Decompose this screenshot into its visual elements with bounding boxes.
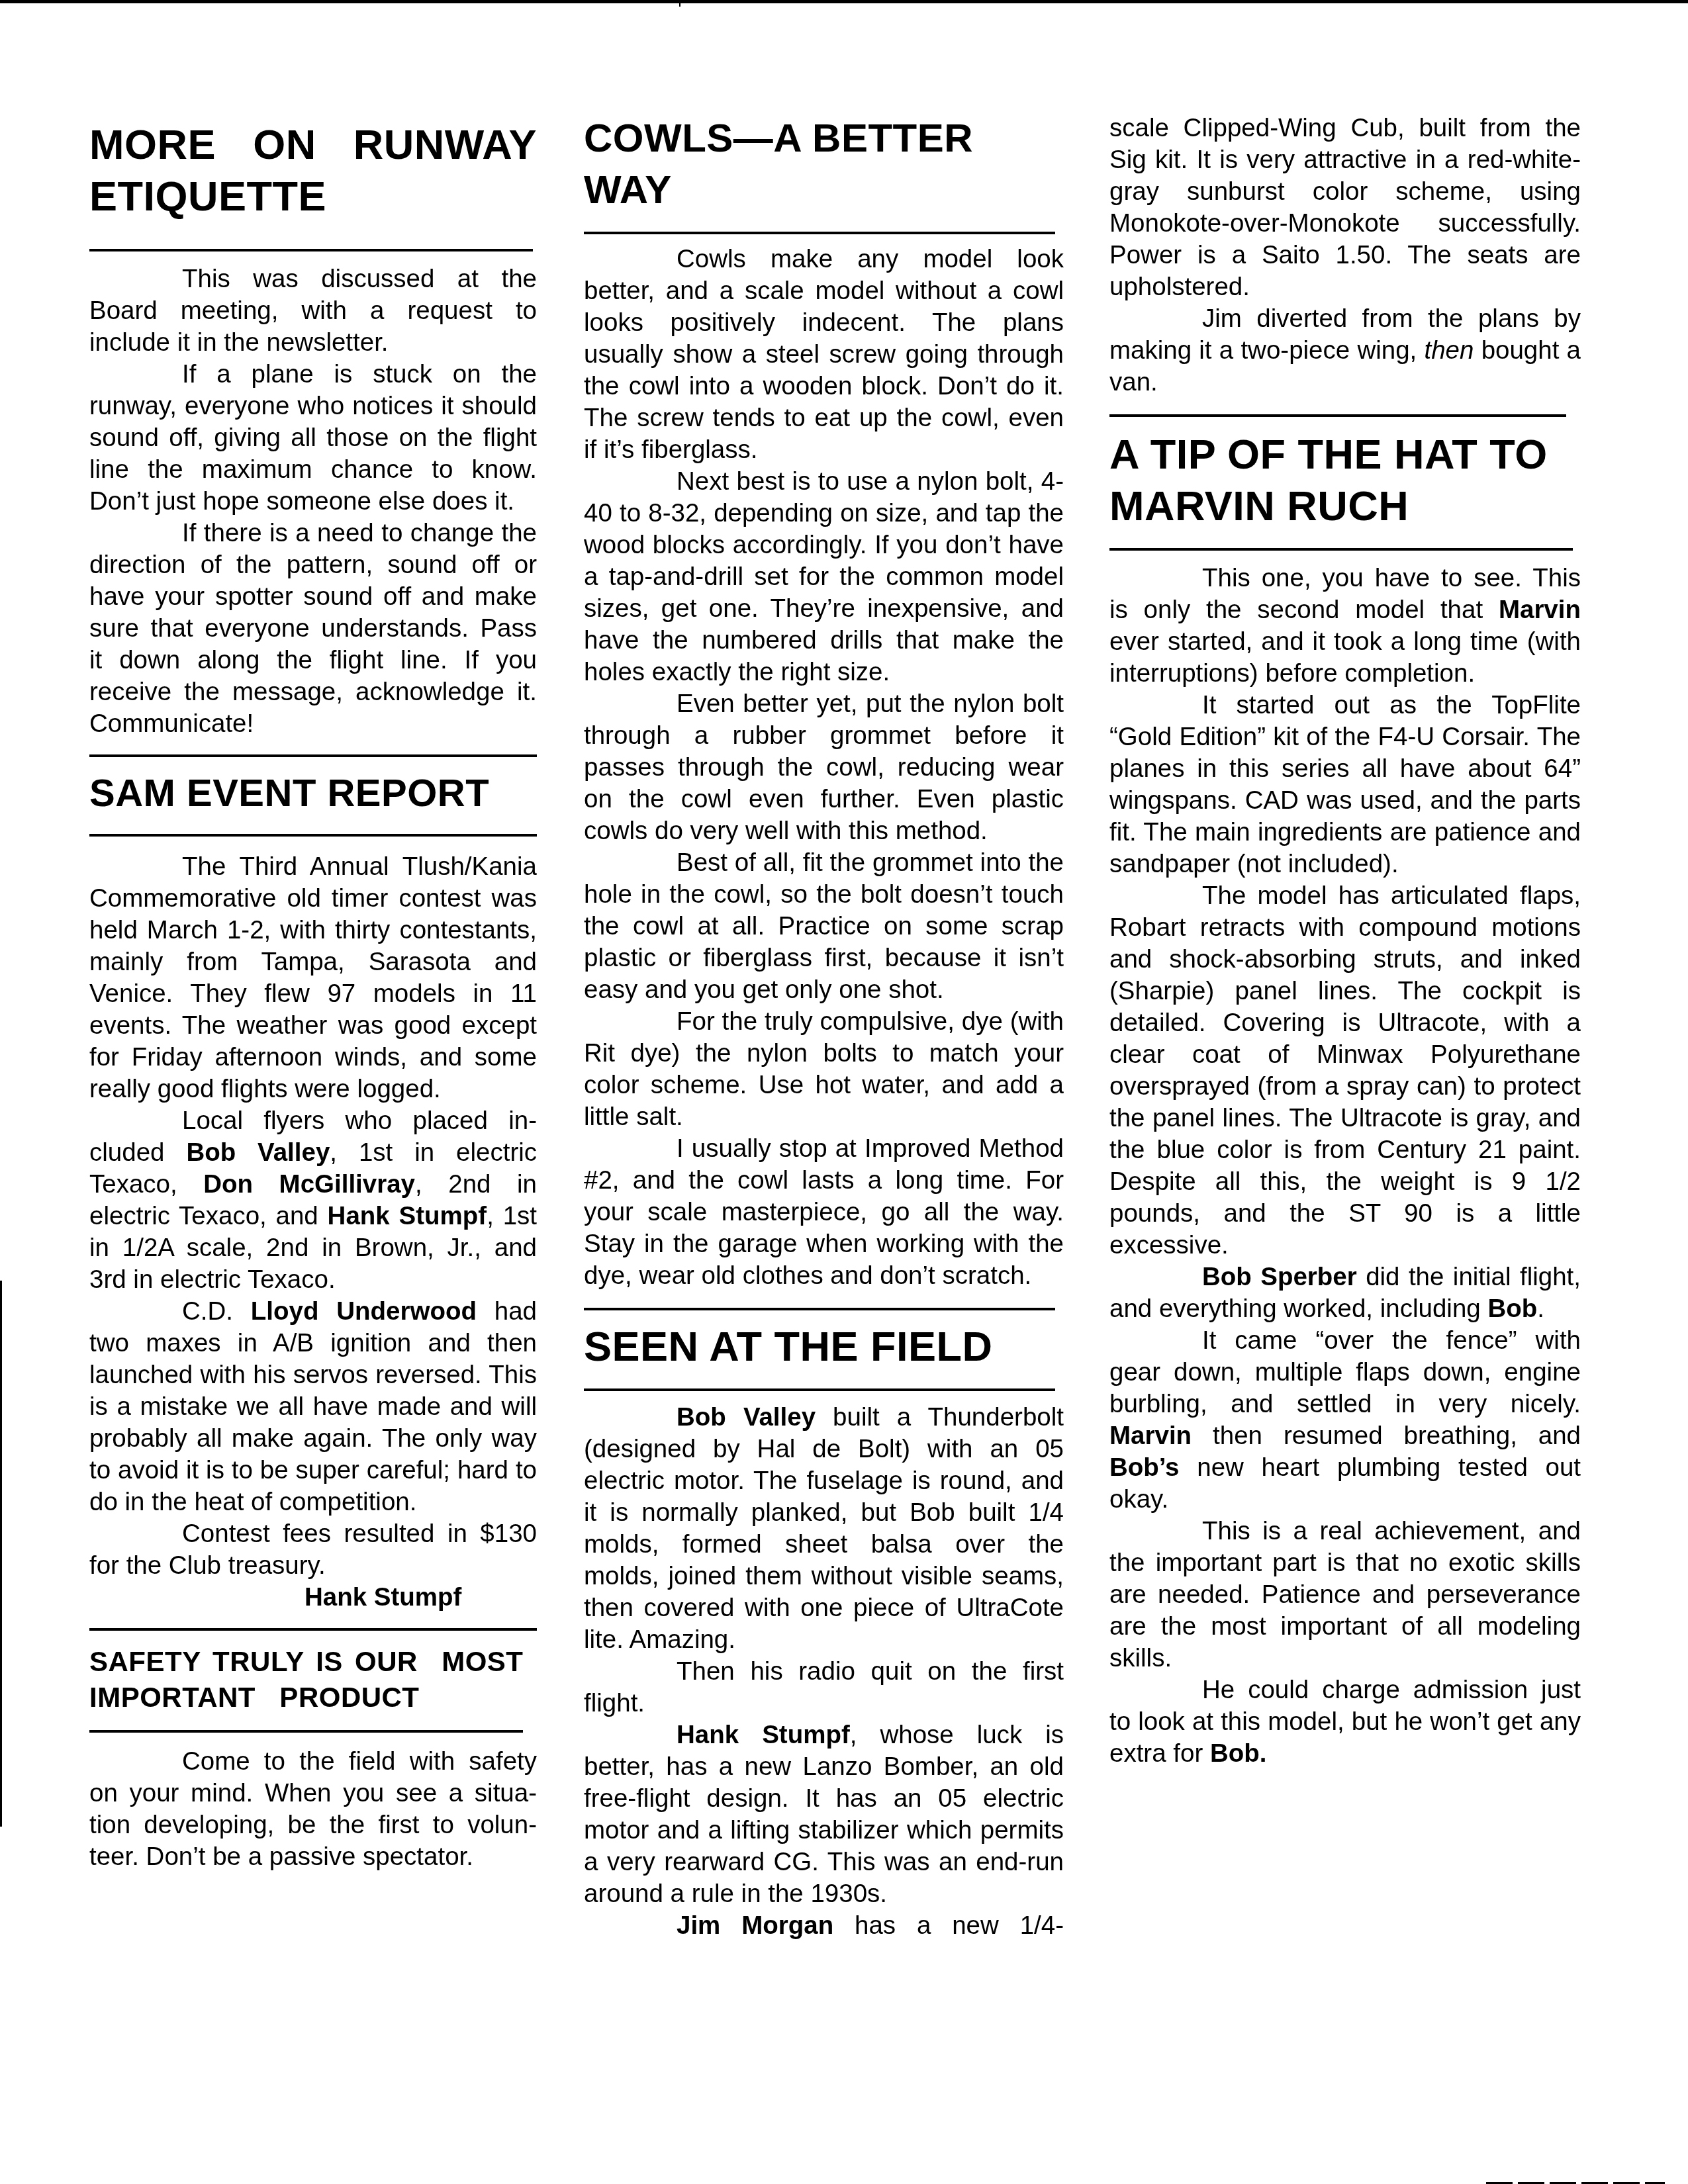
divider-rule <box>584 1308 1055 1310</box>
article-cowls: COWLS—A BETTER WAY Cowls make any model … <box>584 113 1064 1292</box>
page-top-rule <box>0 0 1688 3</box>
person-name: Marvin <box>1109 1422 1192 1450</box>
article-tip-of-the-hat: A TIP OF THE HAT TO MARVIN RUCH This one… <box>1109 429 1581 1770</box>
article-title: A TIP OF THE HAT TO MARVIN RUCH <box>1109 429 1581 532</box>
person-name: Don McGillivray <box>203 1170 415 1199</box>
paragraph: For the truly compulsive, dye (with Rit … <box>584 1006 1064 1133</box>
column-1: MORE ON RUNWAY ETIQUETTE This was discus… <box>89 113 537 1873</box>
emphasis: then <box>1424 336 1474 365</box>
paragraph: Jim Morgan has a new 1/4- <box>584 1910 1064 1942</box>
scan-left-edge <box>0 1281 2 1827</box>
article-runway-etiquette: MORE ON RUNWAY ETIQUETTE This was discus… <box>89 119 537 740</box>
paragraph: If there is a need to change the directi… <box>89 518 537 740</box>
column-2: COWLS—A BETTER WAY Cowls make any model … <box>584 113 1064 1942</box>
paragraph: Contest fees resulted in $130 for the Cl… <box>89 1518 537 1582</box>
person-name: Bob Sperber <box>1202 1263 1357 1291</box>
person-name: Bob. <box>1210 1739 1267 1768</box>
article-seen-at-the-field: SEEN AT THE FIELD Bob Valley built a Thu… <box>584 1321 1064 1942</box>
column-3: scale Clipped-Wing Cub, built from the S… <box>1109 113 1581 1770</box>
paragraph: This is a real achievement, and the impo… <box>1109 1516 1581 1674</box>
article-seen-at-the-field-continued: scale Clipped-Wing Cub, built from the S… <box>1109 113 1581 398</box>
article-title: SEEN AT THE FIELD <box>584 1321 1064 1373</box>
divider-rule <box>584 232 1055 234</box>
person-name: Lloyd Underwood <box>251 1297 477 1326</box>
divider-rule <box>89 249 533 251</box>
paragraph: Bob Valley built a Thunderbolt (designed… <box>584 1402 1064 1656</box>
paragraph: I usually stop at Improved Method #2, an… <box>584 1133 1064 1292</box>
article-title: COWLS—A BETTER WAY <box>584 113 1064 216</box>
paragraph: Next best is to use a nylon bolt, 4-40 t… <box>584 466 1064 688</box>
divider-rule <box>89 1730 523 1733</box>
paragraph: It came “over the fence” with gear down,… <box>1109 1325 1581 1516</box>
divider-rule <box>89 834 537 837</box>
person-name: Bob Valley <box>677 1403 816 1432</box>
paragraph: scale Clipped-Wing Cub, built from the S… <box>1109 113 1581 303</box>
person-name: Bob <box>1487 1295 1537 1323</box>
paragraph: The model has articulated flaps, Robart … <box>1109 880 1581 1261</box>
paragraph: Local flyers who placed in­cluded Bob Va… <box>89 1105 537 1296</box>
paragraph: He could charge admission just to look a… <box>1109 1674 1581 1770</box>
paragraph: It started out as the TopFlite “Gold Edi… <box>1109 690 1581 880</box>
paragraph: Come to the field with safety on your mi… <box>89 1746 537 1873</box>
article-title: SAFETY TRULY IS OUR MOST IMPORTANT PRODU… <box>89 1644 537 1715</box>
paragraph: Best of all, fit the grommet into the ho… <box>584 847 1064 1006</box>
divider-rule <box>584 1388 1055 1391</box>
paragraph: This was discussed at the Board meeting,… <box>89 263 537 359</box>
paragraph: If a plane is stuck on the runway, every… <box>89 359 537 518</box>
article-sam-event-report: SAM EVENT REPORT The Third Annual Tlush/… <box>89 768 537 1614</box>
divider-rule <box>89 1628 537 1631</box>
person-name: Hank Stumpf <box>328 1202 487 1230</box>
person-name: Marvin <box>1499 596 1581 624</box>
person-name: Hank Stumpf <box>677 1721 850 1749</box>
paragraph: Then his radio quit on the first flight. <box>584 1656 1064 1719</box>
paragraph: C.D. Lloyd Underwood had two maxes in A/… <box>89 1296 537 1518</box>
paragraph: This one, you have to see. This is only … <box>1109 563 1581 690</box>
paragraph: Hank Stumpf, whose luck is better, has a… <box>584 1719 1064 1910</box>
paragraph: Even better yet, put the nylon bolt thro… <box>584 688 1064 847</box>
article-title: SAM EVENT REPORT <box>89 768 537 819</box>
paragraph: Cowls make any model look better, and a … <box>584 244 1064 466</box>
article-safety: SAFETY TRULY IS OUR MOST IMPORTANT PRODU… <box>89 1644 537 1873</box>
person-name: Jim Morgan <box>677 1911 833 1940</box>
paragraph: The Third Annual Tlush/Kania Commemorati… <box>89 851 537 1105</box>
author-byline: Hank Stumpf <box>89 1582 537 1614</box>
person-name: Bob Valley <box>186 1138 330 1167</box>
divider-rule <box>1109 548 1573 551</box>
article-title: MORE ON RUNWAY ETIQUETTE <box>89 119 537 222</box>
divider-rule <box>89 754 537 757</box>
paragraph: Bob Sperber did the initial flight, and … <box>1109 1261 1581 1325</box>
divider-rule <box>1109 414 1566 417</box>
page-top-tick <box>679 3 680 7</box>
person-name: Bob’s <box>1109 1453 1180 1482</box>
paragraph: Jim diverted from the plans by making it… <box>1109 303 1581 398</box>
